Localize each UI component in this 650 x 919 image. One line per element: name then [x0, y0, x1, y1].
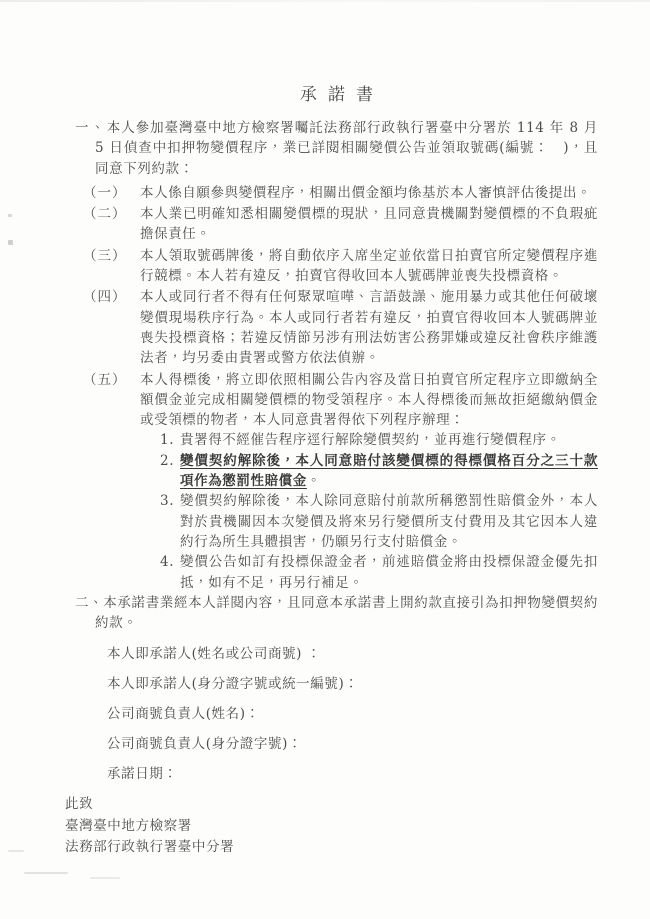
section-two-text: 本承諾書業經本人詳閱內容，且同意本承諾書上開約款直接引為扣押物變價契約約款。 — [95, 595, 598, 631]
scan-edge-artifact — [0, 0, 650, 2]
section-one-text: 本人參加臺灣臺中地方檢察署囑託法務部行政執行署臺中分署於 114 年 8 月 5… — [95, 120, 598, 177]
document-title: 承諾書 — [75, 82, 598, 108]
sub-clause-1-number: 1. — [160, 430, 174, 450]
clause-list: （一）本人係自願參與變價程序，相關出價金額均係基於本人審慎評估後提出。 （二）本… — [75, 183, 598, 593]
sub-clause-4: 4.變價公告如訂有投標保證金者，前述賠償金將由投標保證金優先扣抵，如有不足，再另… — [75, 552, 598, 593]
scan-speckle — [24, 872, 68, 874]
clause-2-label: （二） — [83, 204, 127, 224]
clause-5-text: 本人得標後，將立即依照相關公告內容及當日拍賣官所定程序立即繳納全額價金並完成相關… — [140, 372, 598, 429]
sub-clause-3: 3.變價契約解除後，本人除同意賠付前款所稱懲罰性賠償金外，本人對於貴機關因本次變… — [75, 491, 598, 552]
signature-field-id-number: 本人即承諾人(身分證字號或統一編號)： — [107, 674, 598, 694]
clause-3-text: 本人領取號碼牌後，將自動依序入席坐定並依當日拍賣官所定變價程序進行競標。本人若有… — [140, 248, 598, 284]
sub-clause-1: 1.貴署得不經催告程序逕行解除變價契約，並再進行變價程序。 — [75, 430, 598, 450]
clause-2: （二）本人業已明確知悉相關變價標的現狀，且同意貴機關對變價標的不負瑕疵擔保責任。 — [75, 204, 598, 245]
closing-salutation: 此致 — [65, 794, 598, 816]
closing-recipient-2: 法務部行政執行署臺中分署 — [65, 837, 598, 859]
section-two: 二、本承諾書業經本人詳閱內容，且同意本承諾書上開約款直接引為扣押物變價契約約款。 — [95, 593, 598, 634]
clause-4-text: 本人或同行者不得有任何聚眾喧嘩、言語鼓譟、施用暴力或其他任何破壞變價現場秩序行為… — [140, 289, 598, 366]
scan-speckle — [8, 850, 24, 852]
section-two-label: 二、 — [75, 595, 103, 611]
clause-3: （三）本人領取號碼牌後，將自動依序入席坐定並依當日拍賣官所定變價程序進行競標。本… — [75, 246, 598, 287]
sub-clause-2: 2.變價契約解除後，本人同意賠付該變價標的得標價格百分之三十款項作為懲罰性賠償金… — [75, 451, 598, 492]
signature-field-responsible-person-name: 公司商號負責人(姓名)： — [107, 704, 598, 724]
clause-4-label: （四） — [83, 287, 127, 307]
signature-field-name: 本人即承諾人(姓名或公司商號) ： — [107, 644, 598, 664]
sub-clause-3-number: 3. — [160, 491, 174, 511]
clause-1-text: 本人係自願參與變價程序，相關出價金額均係基於本人審慎評估後提出。 — [140, 185, 591, 201]
clause-2-text: 本人業已明確知悉相關變價標的現狀，且同意貴機關對變價標的不負瑕疵擔保責任。 — [140, 206, 598, 242]
scan-speckle — [8, 214, 12, 217]
sub-clause-2-suffix: 。 — [307, 473, 321, 489]
scan-speckle — [90, 877, 120, 879]
section-one: 一、本人參加臺灣臺中地方檢察署囑託法務部行政執行署臺中分署於 114 年 8 月… — [95, 118, 598, 179]
sub-clause-1-text: 貴署得不經催告程序逕行解除變價契約，並再進行變價程序。 — [180, 432, 561, 448]
signature-field-responsible-person-id: 公司商號負責人(身分證字號)： — [107, 734, 598, 754]
sub-clause-2-number: 2. — [160, 451, 174, 471]
scanned-document-page: 承諾書 一、本人參加臺灣臺中地方檢察署囑託法務部行政執行署臺中分署於 114 年… — [0, 0, 650, 919]
closing-block: 此致 臺灣臺中地方檢察署 法務部行政執行署臺中分署 — [65, 794, 598, 859]
clause-5-label: （五） — [83, 370, 127, 390]
signature-block: 本人即承諾人(姓名或公司商號) ： 本人即承諾人(身分證字號或統一編號)： 公司… — [107, 644, 598, 784]
clause-4: （四）本人或同行者不得有任何聚眾喧嘩、言語鼓譟、施用暴力或其他任何破壞變價現場秩… — [75, 287, 598, 368]
clause-1: （一）本人係自願參與變價程序，相關出價金額均係基於本人審慎評估後提出。 — [75, 183, 598, 203]
clause-3-label: （三） — [83, 246, 127, 266]
sub-clause-4-text: 變價公告如訂有投標保證金者，前述賠償金將由投標保證金優先扣抵，如有不足，再另行補… — [180, 554, 598, 590]
sub-clause-4-number: 4. — [160, 552, 174, 572]
sub-clause-2-text-emphasized: 變價契約解除後，本人同意賠付該變價標的得標價格百分之三十款項作為懲罰性賠償金 — [180, 453, 598, 489]
clause-5: （五）本人得標後，將立即依照相關公告內容及當日拍賣官所定程序立即繳納全額價金並完… — [75, 370, 598, 431]
closing-recipient-1: 臺灣臺中地方檢察署 — [65, 816, 598, 838]
document-body: 承諾書 一、本人參加臺灣臺中地方檢察署囑託法務部行政執行署臺中分署於 114 年… — [0, 0, 650, 859]
section-one-label: 一、 — [75, 120, 107, 136]
signature-field-date: 承諾日期： — [107, 764, 598, 784]
scan-speckle — [8, 240, 13, 245]
clause-1-label: （一） — [83, 183, 127, 203]
sub-clause-3-text: 變價契約解除後，本人除同意賠付前款所稱懲罰性賠償金外，本人對於貴機關因本次變價及… — [180, 493, 598, 550]
